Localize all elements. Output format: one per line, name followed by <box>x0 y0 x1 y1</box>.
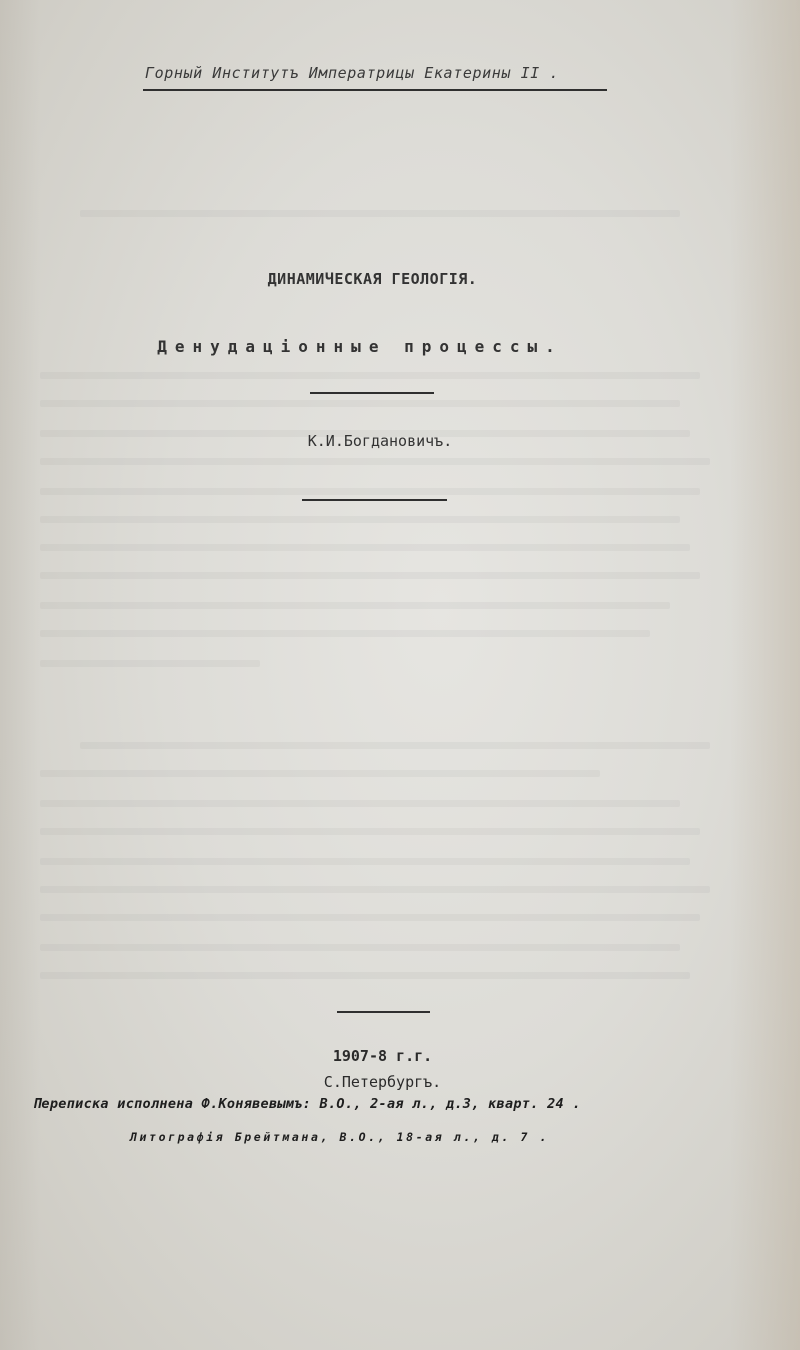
divider-rule <box>302 499 447 501</box>
document-page: Горный Институтъ Императрицы Екатерины I… <box>0 0 800 1350</box>
author-name: К.И.Богдановичъ. <box>0 432 760 450</box>
divider-rule <box>337 1011 430 1013</box>
academic-years: 1907-8 г.г. <box>0 1047 765 1065</box>
document-subtitle: Денудаціонные процессы. <box>0 337 720 356</box>
copyist-note: Переписка исполнена Ф.Конявевымъ: В.О., … <box>33 1096 581 1112</box>
printer-note: Литографія Брейтмана, В.О., 18-ая л., д.… <box>130 1130 549 1144</box>
city-name: С.Петербургъ. <box>0 1073 765 1091</box>
institution-header: Горный Институтъ Императрицы Екатерины I… <box>145 64 559 82</box>
document-title: ДИНАМИЧЕСКАЯ ГЕОЛОГІЯ. <box>0 270 745 288</box>
divider-rule <box>310 392 434 394</box>
show-through-texture <box>0 0 800 1350</box>
header-underline <box>143 89 607 91</box>
